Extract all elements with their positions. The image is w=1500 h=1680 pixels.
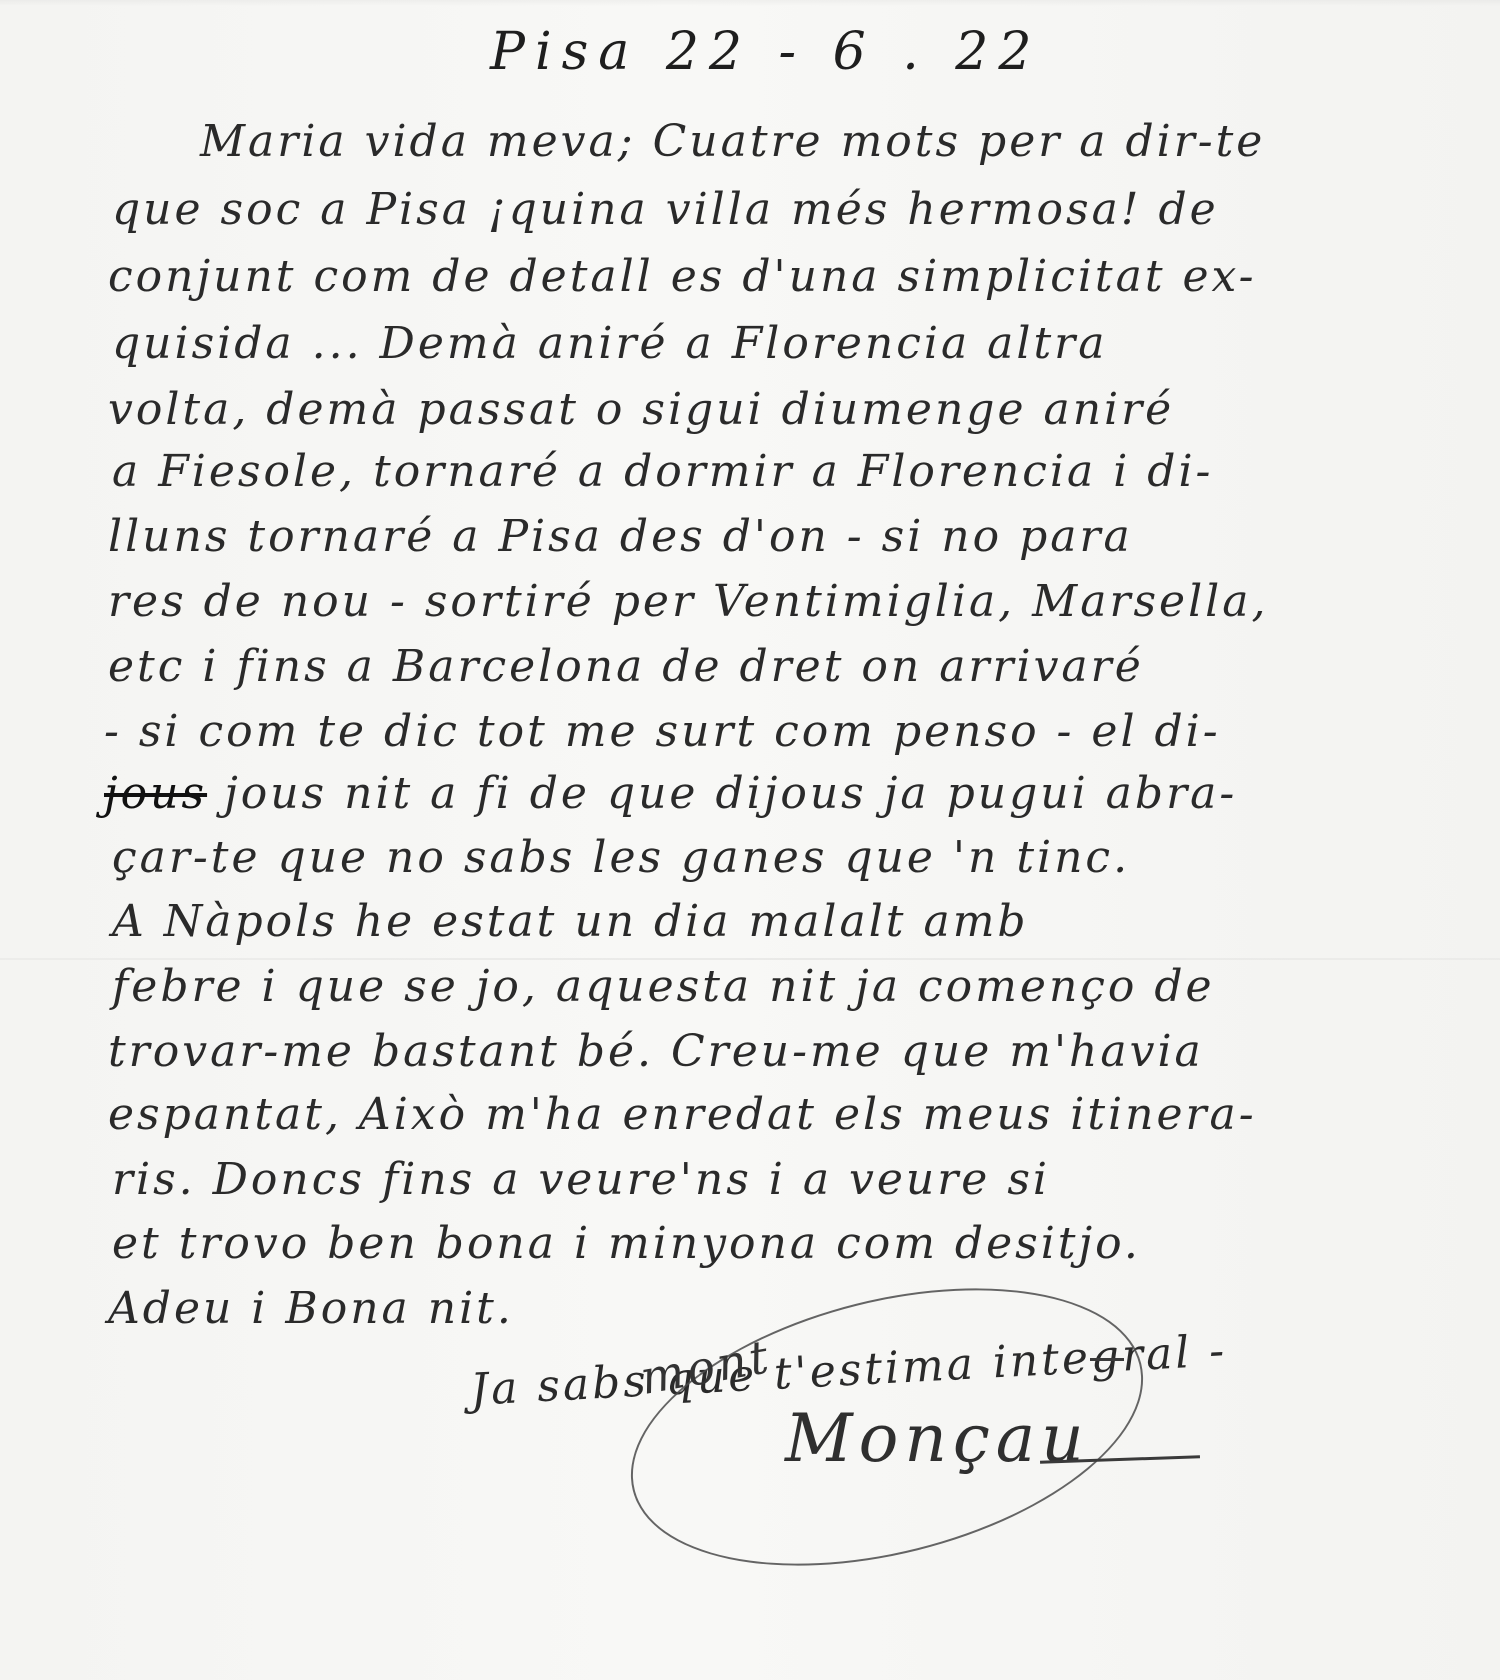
signature-name: Monçau: [785, 1400, 1090, 1477]
letter-paper: Pisa 22 - 6 . 22 Maria vida meva; Cuatre…: [0, 0, 1500, 1680]
body-line-10: - si com te dic tot me surt com penso - …: [104, 710, 1221, 754]
body-line-3: conjunt com de detall es d'una simplicit…: [108, 255, 1256, 299]
body-line-8: res de nou - sortiré per Ventimiglia, Ma…: [108, 580, 1268, 624]
signature-tilde-mark: [1090, 1358, 1124, 1361]
body-line-1: Maria vida meva; Cuatre mots per a dir-t…: [200, 120, 1265, 164]
body-line-12: çar-te que no sabs les ganes que 'n tinc…: [112, 836, 1130, 880]
body-line-16: espantat, Això m'ha enredat els meus iti…: [108, 1093, 1257, 1137]
body-line-18: et trovo ben bona i minyona com desitjo.: [112, 1222, 1141, 1266]
body-line-2: que soc a Pisa ¡quina villa més hermosa!…: [112, 188, 1219, 232]
body-line-9: etc i fins a Barcelona de dret on arriva…: [108, 645, 1144, 689]
paper-fold-line: [0, 958, 1500, 960]
letter-date: Pisa 22 - 6 . 22: [490, 22, 1041, 82]
body-line-11: jous nit a fi de que dijous ja pugui abr…: [224, 768, 1237, 819]
body-line-6: a Fiesole, tornaré a dormir a Florencia …: [112, 450, 1213, 494]
body-line-19: Adeu i Bona nit.: [108, 1287, 514, 1331]
body-line-17: ris. Doncs fins a veure'ns i a veure si: [112, 1158, 1050, 1202]
body-line-15: trovar-me bastant bé. Creu-me que m'havi…: [108, 1030, 1204, 1074]
body-line-11-wrapper: jous jous nit a fi de que dijous ja pugu…: [104, 772, 1237, 816]
body-line-13: A Nàpols he estat un dia malalt amb: [112, 900, 1029, 944]
body-line-7: lluns tornaré a Pisa des d'on - si no pa…: [108, 515, 1133, 559]
struck-out-word: jous: [104, 768, 207, 819]
body-line-5: volta, demà passat o sigui diumenge anir…: [108, 388, 1174, 432]
body-line-4: quisida ... Demà aniré a Florencia altra: [112, 322, 1107, 366]
body-line-14: febre i que se jo, aquesta nit ja començ…: [112, 965, 1215, 1009]
